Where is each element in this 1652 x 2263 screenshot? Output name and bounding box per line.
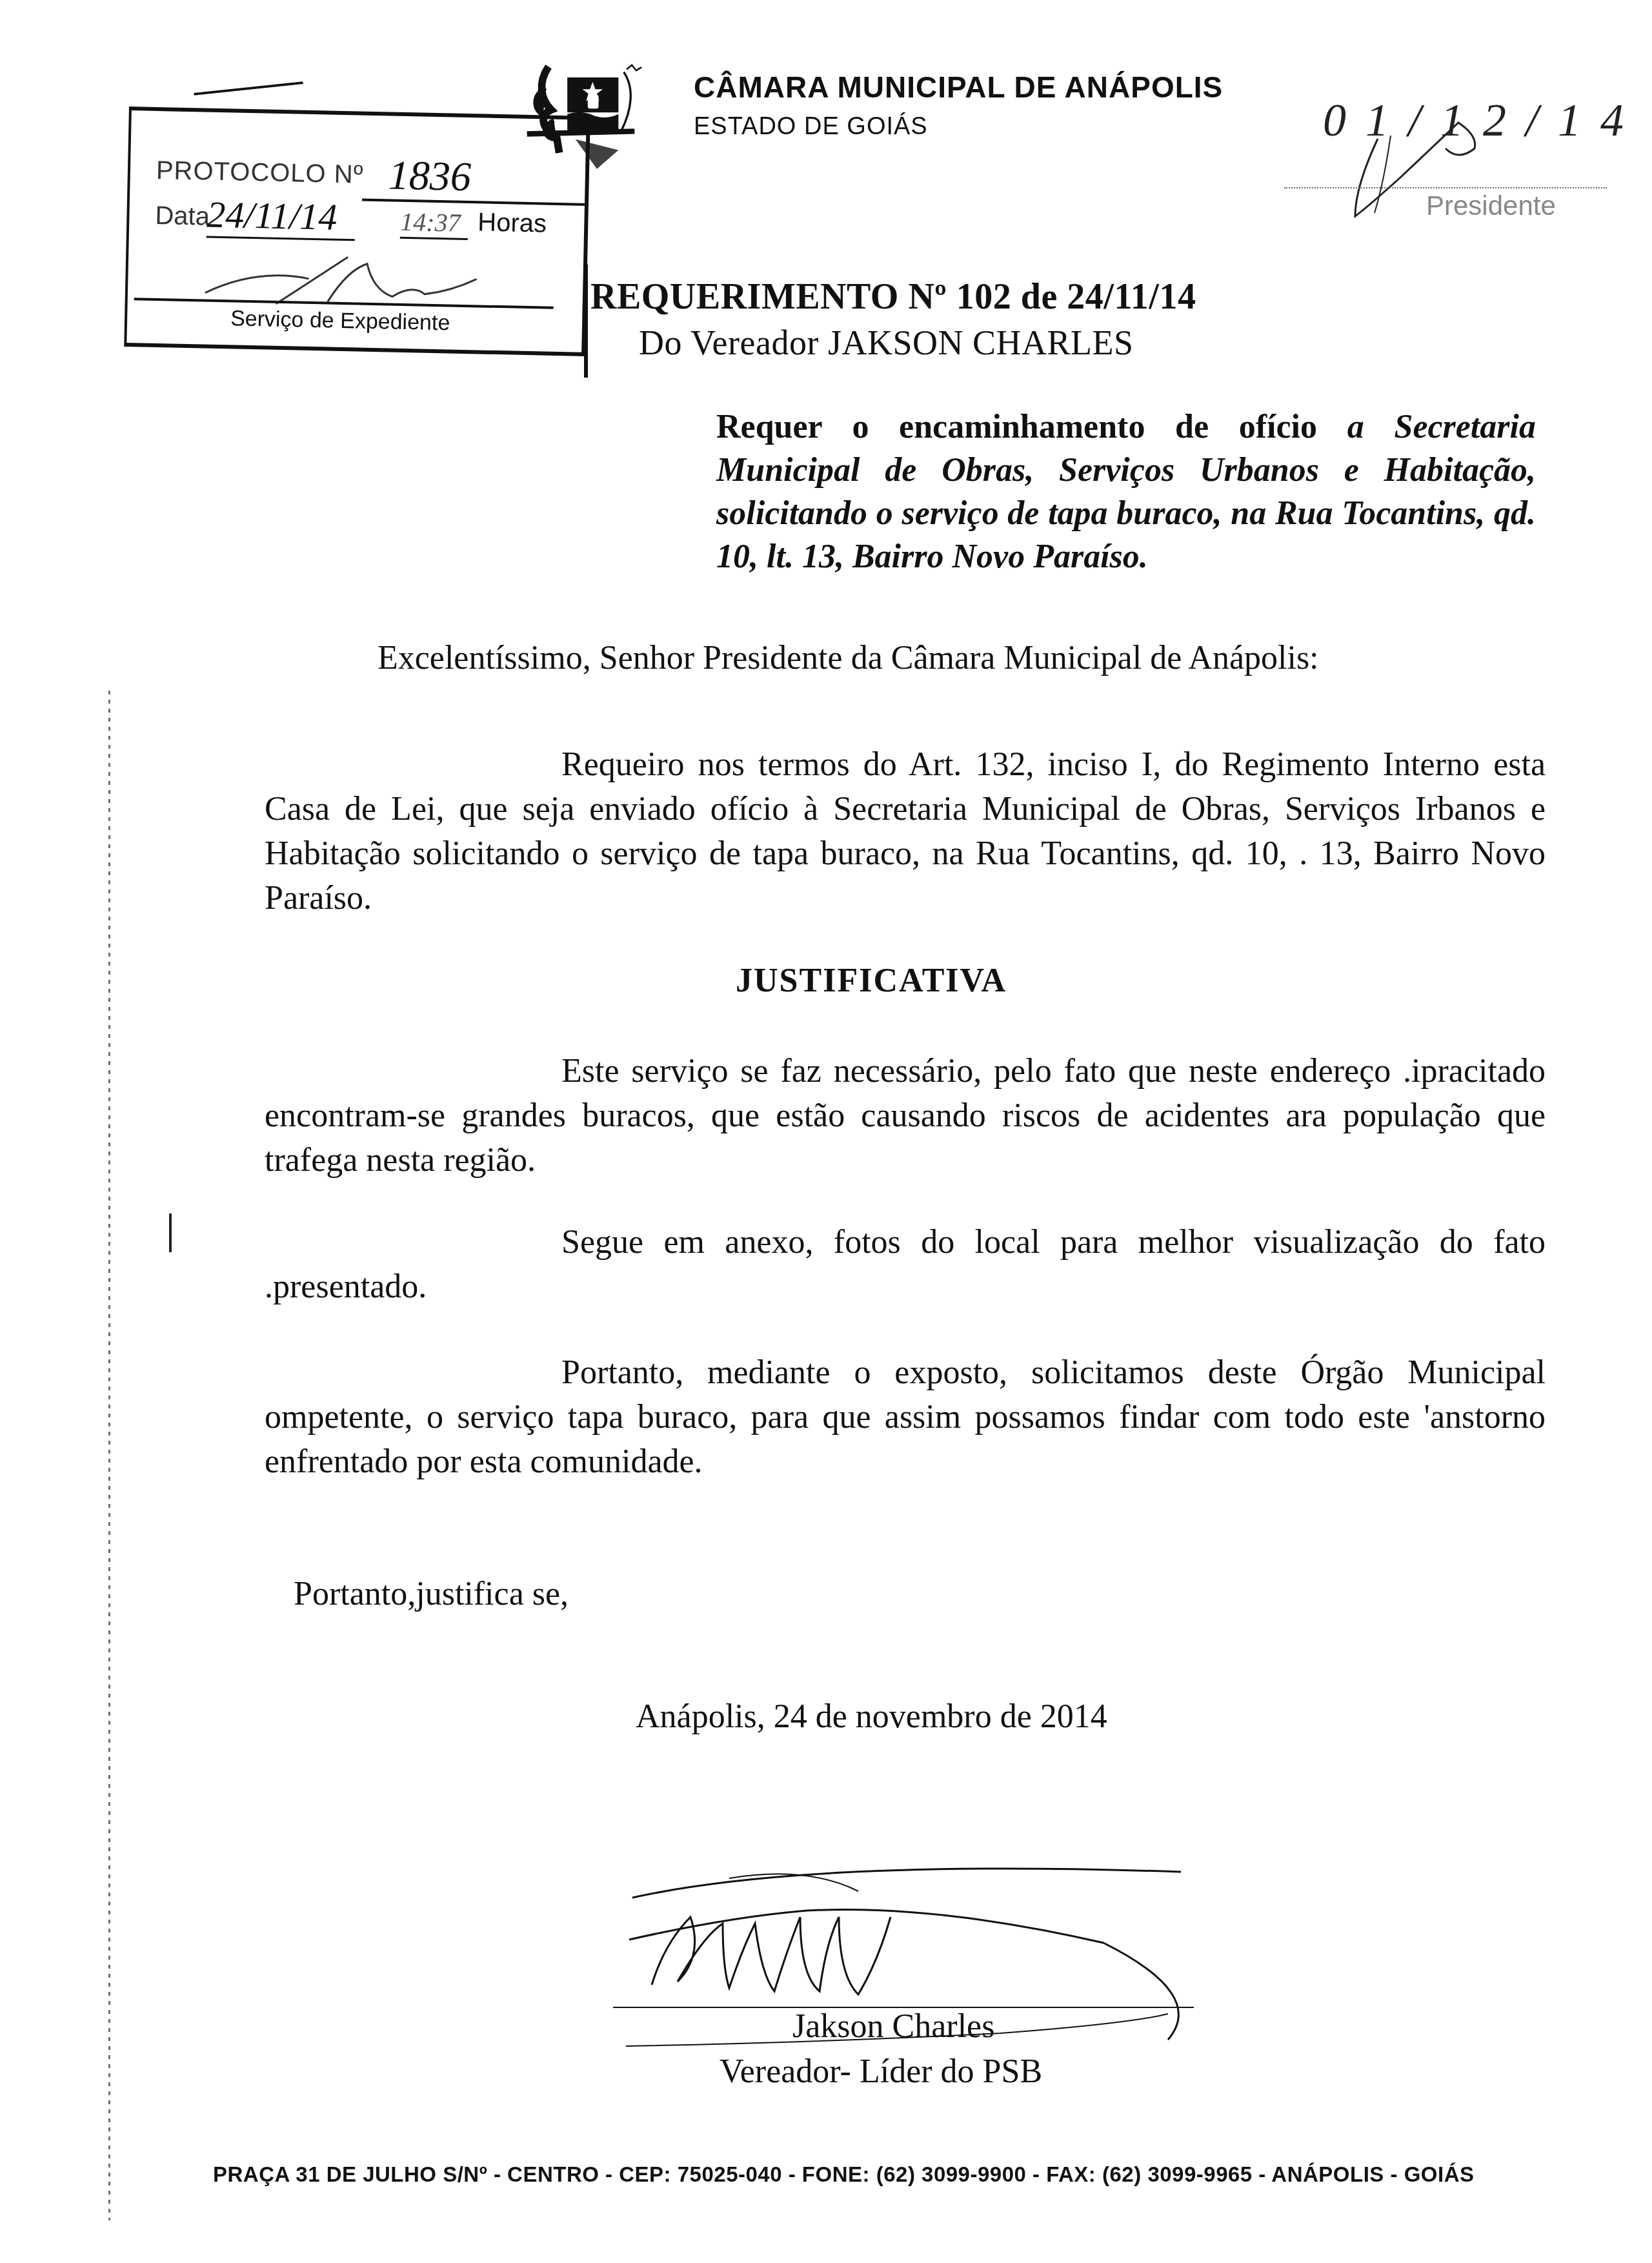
salutation: Excelentíssimo, Senhor Presidente da Câm… [378, 639, 1319, 677]
stamp-border-bar [584, 265, 588, 378]
closing-line: Portanto,justifica se, [294, 1575, 569, 1613]
footer-address: PRAÇA 31 DE JULHO S/Nº - CENTRO - CEP: 7… [213, 2162, 1474, 2187]
protocol-number: 1836 [362, 151, 589, 206]
justification-paragraph-3: Portanto, mediante o exposto, solicitamo… [265, 1350, 1546, 1484]
signer-role: Vereador- Líder do PSB [720, 2053, 1042, 2091]
scan-artifact-margin-line [108, 691, 110, 2220]
place-and-date: Anápolis, 24 de novembro de 2014 [636, 1698, 1107, 1736]
justification-heading: JUSTIFICATIVA [736, 962, 1007, 1000]
approval-label: Presidente [1426, 190, 1556, 221]
stamp-service-label: Serviço de Expediente [230, 306, 450, 336]
scan-artifact-mark [169, 1213, 172, 1252]
justification-paragraph-1: Este serviço se faz necessário, pelo fat… [265, 1049, 1546, 1182]
signer-name: Jakson Charles [792, 2007, 994, 2045]
document-author: Do Vereador JAKSON CHARLES [639, 323, 1133, 363]
scan-artifact-dash [194, 81, 303, 96]
stamp-date-value: 24/11/14 [206, 193, 356, 241]
institution-name: CÂMARA MUNICIPAL DE ANÁPOLIS [694, 70, 1223, 105]
document-summary: Requer o encaminhamento de ofício a Secr… [716, 405, 1536, 578]
protocol-label: PROTOCOLO Nº [156, 156, 363, 190]
stamp-time-value: 14:37 [400, 207, 468, 240]
justification-paragraph-2: Segue em anexo, fotos do local para melh… [265, 1220, 1546, 1309]
stamp-hours-label: Horas [478, 208, 547, 238]
approval-signature-line [1284, 187, 1607, 188]
stamp-date-label: Data [155, 201, 210, 232]
state-name: ESTADO DE GOIÁS [694, 113, 928, 141]
document-title: REQUERIMENTO Nº 102 de 24/11/14 [590, 276, 1196, 318]
request-paragraph: Requeiro nos termos do Art. 132, inciso … [265, 742, 1546, 920]
summary-bold: Requer o encaminhamento de ofício [716, 409, 1317, 445]
protocol-stamp: PROTOCOLO Nº 1836 Data 24/11/14 14:37 Ho… [124, 107, 590, 356]
